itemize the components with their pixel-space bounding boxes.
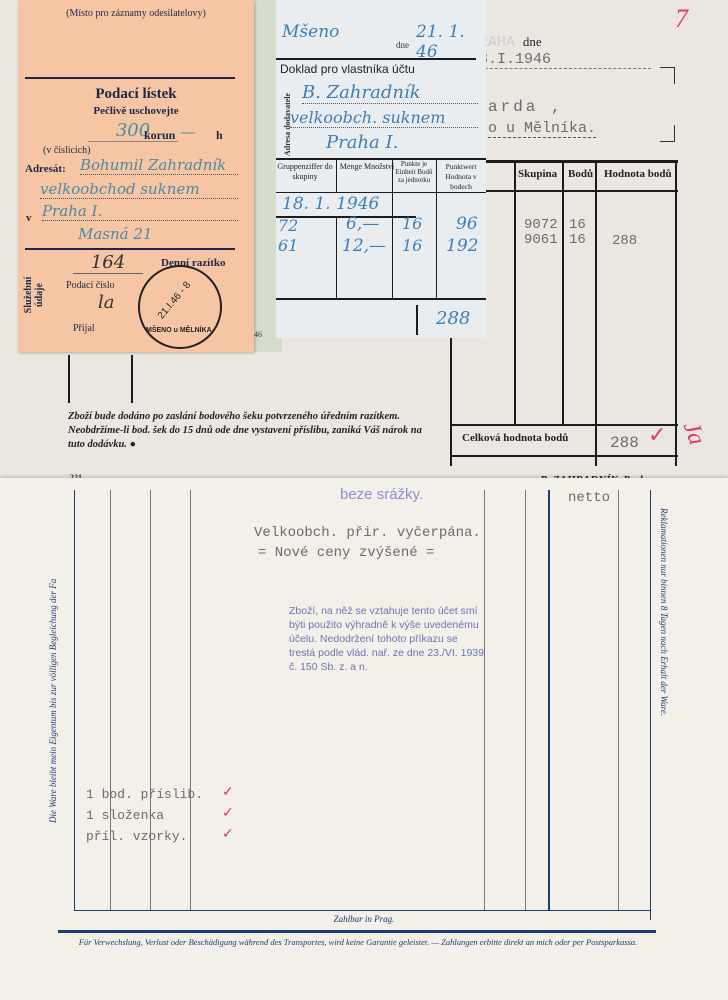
header-bodu: Bodů bbox=[568, 168, 593, 180]
footer-disclaimer: Für Verwechslung, Verlust oder Beschädig… bbox=[58, 936, 658, 948]
list-item: 1 bod. příslib. bbox=[86, 784, 203, 805]
usage-restriction-stamp: Zboží, na něž se vztahuje tento účet smí… bbox=[289, 604, 485, 674]
coupon-place: Mšeno bbox=[282, 22, 339, 42]
header-pts: Punkte je Einheit Bodů za jednotku bbox=[394, 160, 434, 184]
stamp-town: MŠENO u MĚLNÍKA bbox=[146, 327, 212, 334]
col bbox=[525, 490, 526, 910]
value-cell: 288 bbox=[612, 233, 637, 249]
left-margin-label: Die Ware bleibt mein Eigentum bis zur vö… bbox=[48, 579, 58, 823]
col bbox=[392, 158, 393, 298]
list-item: 1 složenka bbox=[86, 805, 203, 826]
red-check-marks: ✓✓✓ bbox=[222, 782, 234, 845]
bullet-icon: ● bbox=[130, 439, 136, 450]
col bbox=[618, 490, 619, 910]
header-qty: Menge Množství bbox=[338, 162, 396, 172]
col bbox=[74, 490, 75, 910]
notice-text: Zboží bude dodáno po zaslání bodového še… bbox=[68, 411, 422, 450]
addressee-label: Adresát: bbox=[25, 163, 66, 175]
supplier-name: B. Zahradník bbox=[302, 82, 478, 104]
check-icon: ✓ bbox=[222, 803, 234, 824]
stamp-date: 21.I.46 - 8 bbox=[156, 280, 193, 322]
street-field: Masná 21 bbox=[78, 225, 152, 243]
addressee-line-1: arda , bbox=[488, 98, 564, 116]
date-label: dne bbox=[523, 34, 542, 49]
header-skupina: Skupina bbox=[518, 168, 557, 180]
check-icon: ✓ bbox=[222, 824, 234, 845]
divider bbox=[74, 910, 650, 911]
divider bbox=[276, 298, 486, 300]
coupon-date-row: 18. 1. 1946 bbox=[282, 194, 379, 214]
column-divider bbox=[514, 160, 516, 426]
addressee-line-2: o u Mělníka. bbox=[488, 120, 596, 138]
city-field: Praha I. bbox=[42, 202, 238, 221]
col bbox=[150, 490, 151, 910]
supplier-business: velkoobch. suknem bbox=[290, 108, 478, 128]
haler-label: h bbox=[216, 128, 223, 143]
slip-title: Podací lístek bbox=[18, 86, 254, 103]
coupon-date: 21. 1. 46 bbox=[416, 22, 486, 62]
typed-note-1: Velkoobch. přir. vyčerpána. bbox=[254, 525, 481, 541]
addressee-name: Bohumil Zahradník bbox=[80, 156, 238, 175]
divider bbox=[276, 158, 486, 160]
group-cell: 72 bbox=[278, 216, 298, 235]
right-margin-text: Reklamationen nur binnen 8 Tagen nach Er… bbox=[659, 508, 669, 716]
total-value: 288 bbox=[610, 434, 639, 452]
divider bbox=[276, 192, 486, 193]
typed-note-2: = Nové ceny zvýšené = bbox=[258, 545, 434, 561]
left-margin-text: Die Ware bleibt mein Eigentum bis zur vö… bbox=[48, 579, 58, 823]
netto-label: netto bbox=[568, 490, 610, 506]
currency-label: korun bbox=[144, 128, 175, 143]
lower-invoice-sheet: beze srážky. netto Velkoobch. přir. vyče… bbox=[0, 478, 728, 1000]
value-cell: 192 bbox=[446, 236, 478, 256]
col bbox=[110, 490, 111, 910]
divider bbox=[276, 58, 476, 60]
table-row: 9072 9061 bbox=[524, 218, 558, 248]
skupina-cell: 9072 bbox=[524, 218, 558, 233]
total-row-border bbox=[450, 424, 678, 426]
sender-note: (Místo pro záznamy odesilatelovy) bbox=[18, 8, 254, 19]
col bbox=[416, 305, 418, 335]
col bbox=[436, 158, 437, 298]
column-divider bbox=[675, 160, 677, 466]
column-divider bbox=[562, 160, 564, 426]
points-coupon: Mšeno dne 21. 1. 46 Doklad pro vlastníka… bbox=[276, 0, 486, 338]
accepted-by: la bbox=[98, 292, 115, 313]
pts-cell: 16 bbox=[402, 214, 422, 233]
addressee-business: velkoobchod suknem bbox=[40, 180, 238, 199]
value-cell: 96 bbox=[456, 214, 478, 234]
enclosure-list: 1 bod. příslib. 1 složenka příl. vzorky. bbox=[86, 784, 203, 847]
right-margin-label: Reklamationen nur binnen 8 Tagen nach Er… bbox=[659, 508, 669, 716]
list-item: příl. vzorky. bbox=[86, 826, 203, 847]
col bbox=[650, 490, 651, 920]
col bbox=[190, 490, 191, 910]
submission-number: 164 bbox=[73, 252, 143, 274]
column-divider bbox=[68, 355, 70, 403]
total-label: Celková hodnota bodů bbox=[462, 432, 568, 444]
red-check-icon: ✓ bbox=[648, 422, 666, 448]
column-divider bbox=[595, 160, 597, 466]
coupon-date-label: dne bbox=[396, 40, 409, 50]
pts-cell: 16 bbox=[402, 236, 422, 255]
header-value: Punktwert Hodnota v bodech bbox=[436, 162, 486, 192]
postmark-stamp-icon: 21.I.46 - 8 MŠENO u MĚLNÍKA bbox=[138, 265, 222, 349]
red-signature: Ja bbox=[677, 418, 710, 449]
service-label: Služební údaje bbox=[23, 265, 45, 325]
digits-note: (v číslicích) bbox=[43, 145, 90, 156]
col bbox=[548, 490, 550, 910]
header-group: Gruppenziffer do skupiny bbox=[276, 162, 334, 182]
group-cell: 61 bbox=[278, 236, 298, 255]
date-row: PRAHA dne 18.I.1946 bbox=[470, 34, 728, 68]
supplier-city: Praha I. bbox=[326, 132, 398, 153]
invoice-date: 18.I.1946 bbox=[470, 51, 651, 69]
col bbox=[336, 158, 337, 192]
city-label: v bbox=[26, 212, 32, 224]
check-icon: ✓ bbox=[222, 782, 234, 803]
bodu-cell: 16 bbox=[569, 233, 586, 248]
total-row-bottom bbox=[450, 455, 678, 457]
red-mark: 7 bbox=[675, 4, 688, 34]
bodu-cell: 16 bbox=[569, 218, 586, 233]
table-row: 16 16 bbox=[569, 218, 586, 248]
skupina-cell: 9061 bbox=[524, 233, 558, 248]
coupon-total: 288 bbox=[436, 308, 470, 329]
col bbox=[336, 216, 337, 298]
edge-number: 46 bbox=[254, 330, 262, 339]
col bbox=[484, 490, 485, 910]
haler-field: — bbox=[180, 122, 196, 141]
coupon-title: Doklad pro vlastníka účtu bbox=[280, 62, 415, 76]
slip-subtitle: Pečlivě uschovejte bbox=[18, 105, 254, 117]
corner-mark-icon bbox=[660, 67, 675, 84]
column-divider bbox=[131, 355, 133, 403]
qty-cell: 12,— bbox=[342, 236, 386, 256]
submission-label: Podací číslo bbox=[66, 280, 115, 291]
qty-cell: 6,— bbox=[346, 214, 379, 234]
divider bbox=[25, 77, 235, 79]
divider bbox=[25, 248, 235, 250]
footer-rule bbox=[58, 930, 656, 933]
corner-mark-icon bbox=[660, 125, 675, 142]
delivery-notice: Zboží bude dodáno po zaslání bodového še… bbox=[68, 410, 428, 452]
postal-receipt-slip: (Místo pro záznamy odesilatelovy) Podací… bbox=[18, 0, 254, 352]
header-hodnota: Hodnota bodů bbox=[604, 168, 672, 180]
no-discount-stamp: beze srážky. bbox=[340, 486, 423, 503]
accepted-label: Přijal bbox=[73, 323, 95, 334]
payable-note: Zahlbar in Prag. bbox=[0, 914, 728, 924]
